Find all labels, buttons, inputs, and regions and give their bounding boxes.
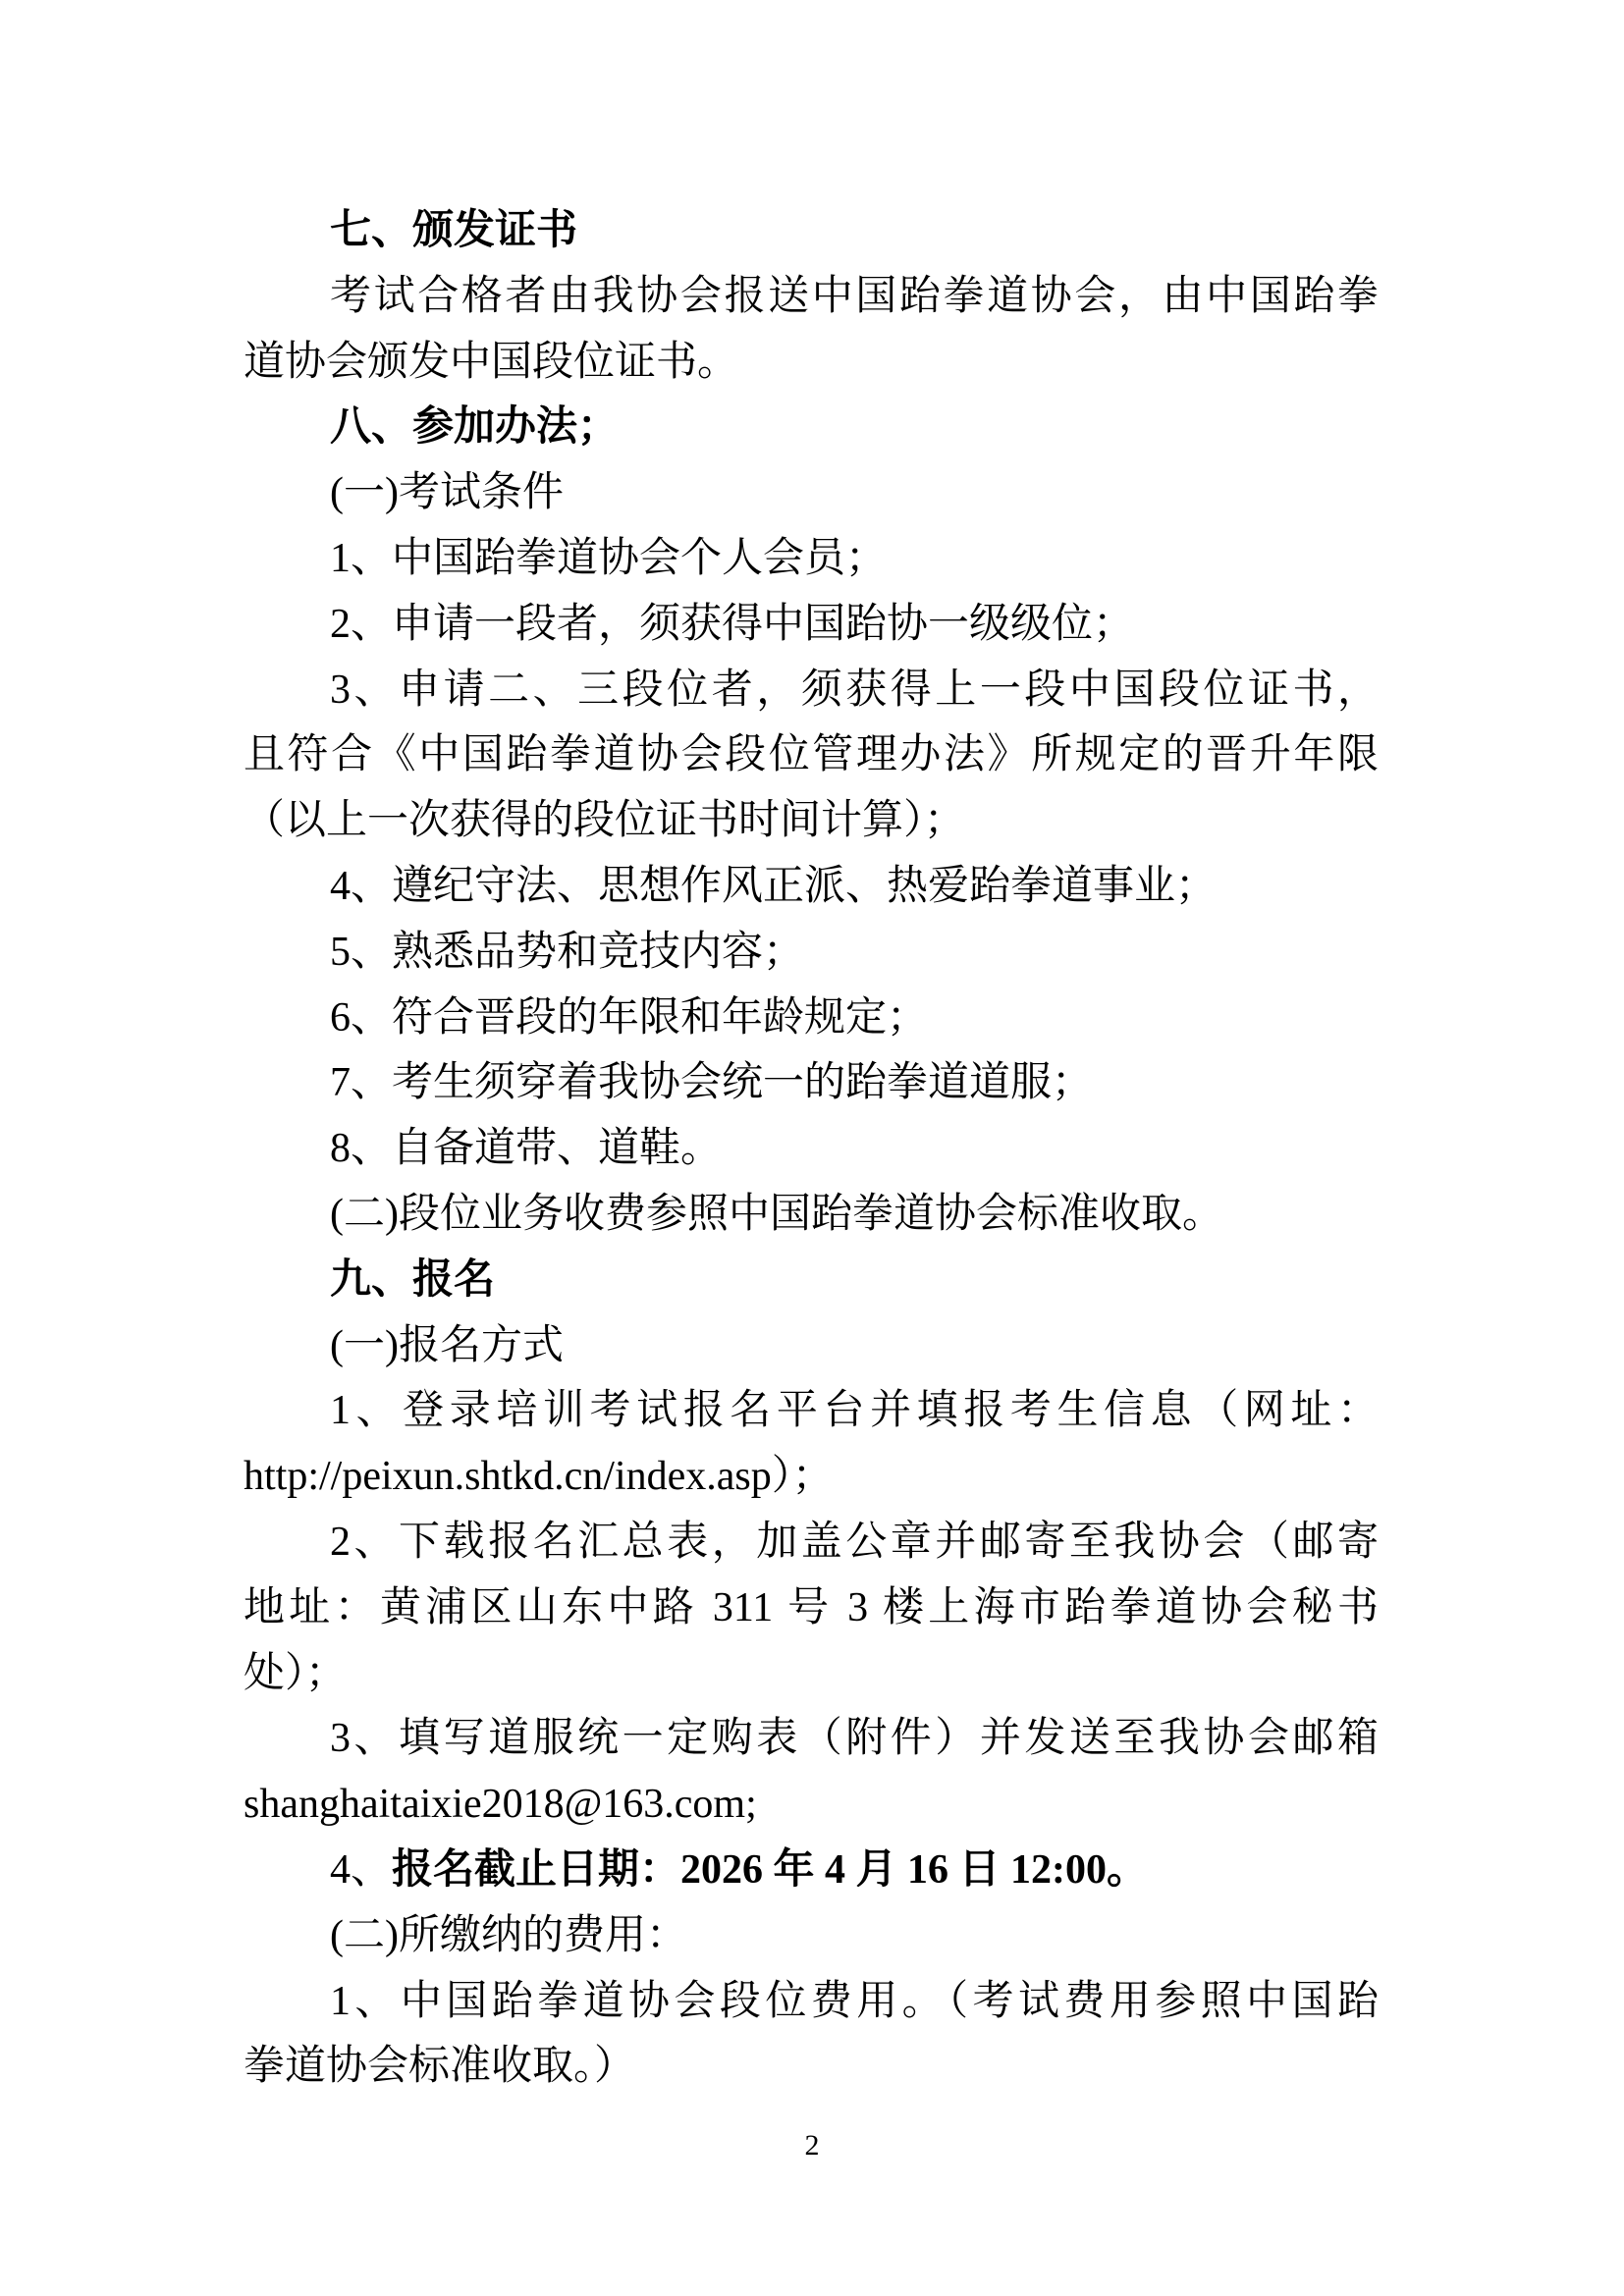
text-run: (一)报名方式 [330,1323,564,1368]
text-line: (二)段位业务收费参照中国跆拳道协会标准收取。 [244,1182,1379,1248]
text-line: 拳道协会标准收取。） [244,2034,1379,2100]
text-run: (二)所缴纳的费用： [330,1913,687,1958]
text-line: 4、报名截止日期：2026 年 4 月 16 日 12:00。 [244,1838,1379,1903]
text-run: 3、填写道服统一定购表（附件）并发送至我协会邮箱 [330,1716,1379,1761]
text-run: 7、考生须穿着我协会统一的跆拳道道服； [330,1060,1093,1105]
text-run: 5、熟悉品势和竞技内容； [330,930,804,975]
text-run: 4、遵纪守法、思想作风正派、热爱跆拳道事业； [330,864,1217,909]
text-run: 考试合格者由我协会报送中国跆拳道协会，由中国跆拳 [330,274,1379,319]
text-run: 8、自备道带、道鞋。 [330,1126,722,1171]
text-run: (一)考试条件 [330,470,564,515]
text-run: 2、下载报名汇总表，加盖公章并邮寄至我协会（邮寄 [330,1520,1379,1565]
text-line: 道协会颁发中国段位证书。 [244,330,1379,396]
document-body: 七、颁发证书考试合格者由我协会报送中国跆拳道协会，由中国跆拳道协会颁发中国段位证… [244,198,1379,2100]
text-line: shanghaitaixie2018@163.com; [244,1772,1379,1838]
text-line: 1、中国跆拳道协会个人会员； [244,526,1379,592]
text-line: (一)报名方式 [244,1313,1379,1379]
text-run: 处）； [244,1651,347,1696]
document-page: 七、颁发证书考试合格者由我协会报送中国跆拳道协会，由中国跆拳道协会颁发中国段位证… [0,0,1624,2296]
text-line: 7、考生须穿着我协会统一的跆拳道道服； [244,1050,1379,1116]
text-line: 且符合《中国跆拳道协会段位管理办法》所规定的晋升年限 [244,722,1379,788]
text-line: 2、下载报名汇总表，加盖公章并邮寄至我协会（邮寄 [244,1510,1379,1575]
text-run: 4、 [330,1847,392,1893]
text-run: 6、符合晋段的年限和年龄规定； [330,995,928,1041]
text-run-bold: 九、报名 [330,1257,495,1303]
text-run-bold: 报名截止日期：2026 年 4 月 16 日 12:00。 [392,1847,1148,1893]
text-line: 3、填写道服统一定购表（附件）并发送至我协会邮箱 [244,1706,1379,1772]
text-run: （以上一次获得的段位证书时间计算）； [244,798,965,843]
text-line: 八、参加办法； [244,395,1379,460]
text-line: 6、符合晋段的年限和年龄规定； [244,986,1379,1051]
text-run: 拳道协会标准收取。） [244,2044,635,2089]
text-run: 1、中国跆拳道协会段位费用。（考试费用参照中国跆 [330,1979,1379,2024]
text-line: 考试合格者由我协会报送中国跆拳道协会，由中国跆拳 [244,264,1379,330]
text-line: 5、熟悉品势和竞技内容； [244,920,1379,986]
text-run: 道协会颁发中国段位证书。 [244,340,738,385]
text-line: http://peixun.shtkd.cn/index.asp）； [244,1444,1379,1510]
text-line: 七、颁发证书 [244,198,1379,264]
text-line: 2、申请一段者，须获得中国跆协一级级位； [244,592,1379,658]
text-line: 8、自备道带、道鞋。 [244,1116,1379,1182]
text-line: 地址：黄浦区山东中路 311 号 3 楼上海市跆拳道协会秘书 [244,1575,1379,1641]
text-run: 1、中国跆拳道协会个人会员； [330,536,887,581]
text-line: 1、中国跆拳道协会段位费用。（考试费用参照中国跆 [244,1969,1379,2035]
text-run: http://peixun.shtkd.cn/index.asp）； [244,1454,834,1499]
text-run: 2、申请一段者，须获得中国跆协一级级位； [330,602,1134,647]
page-number-label: 2 [0,2130,1624,2162]
text-line: 处）； [244,1641,1379,1707]
text-line: 九、报名 [244,1248,1379,1313]
text-run: (二)段位业务收费参照中国跆拳道协会标准收取。 [330,1192,1223,1237]
text-run: 1、登录培训考试报名平台并填报考生信息（网址： [330,1388,1379,1433]
text-run: 地址：黄浦区山东中路 311 号 3 楼上海市跆拳道协会秘书 [244,1585,1379,1630]
text-run: 3、申请二、三段位者，须获得上一段中国段位证书， [330,667,1379,713]
text-run-bold: 八、参加办法； [330,404,619,450]
text-line: 1、登录培训考试报名平台并填报考生信息（网址： [244,1378,1379,1444]
text-line: 4、遵纪守法、思想作风正派、热爱跆拳道事业； [244,854,1379,920]
text-line: (一)考试条件 [244,460,1379,526]
text-line: (二)所缴纳的费用： [244,1903,1379,1969]
text-line: （以上一次获得的段位证书时间计算）； [244,788,1379,854]
text-run-bold: 七、颁发证书 [330,208,577,253]
text-run: 且符合《中国跆拳道协会段位管理办法》所规定的晋升年限 [244,732,1379,777]
text-line: 3、申请二、三段位者，须获得上一段中国段位证书， [244,658,1379,723]
text-run: shanghaitaixie2018@163.com; [244,1782,757,1827]
